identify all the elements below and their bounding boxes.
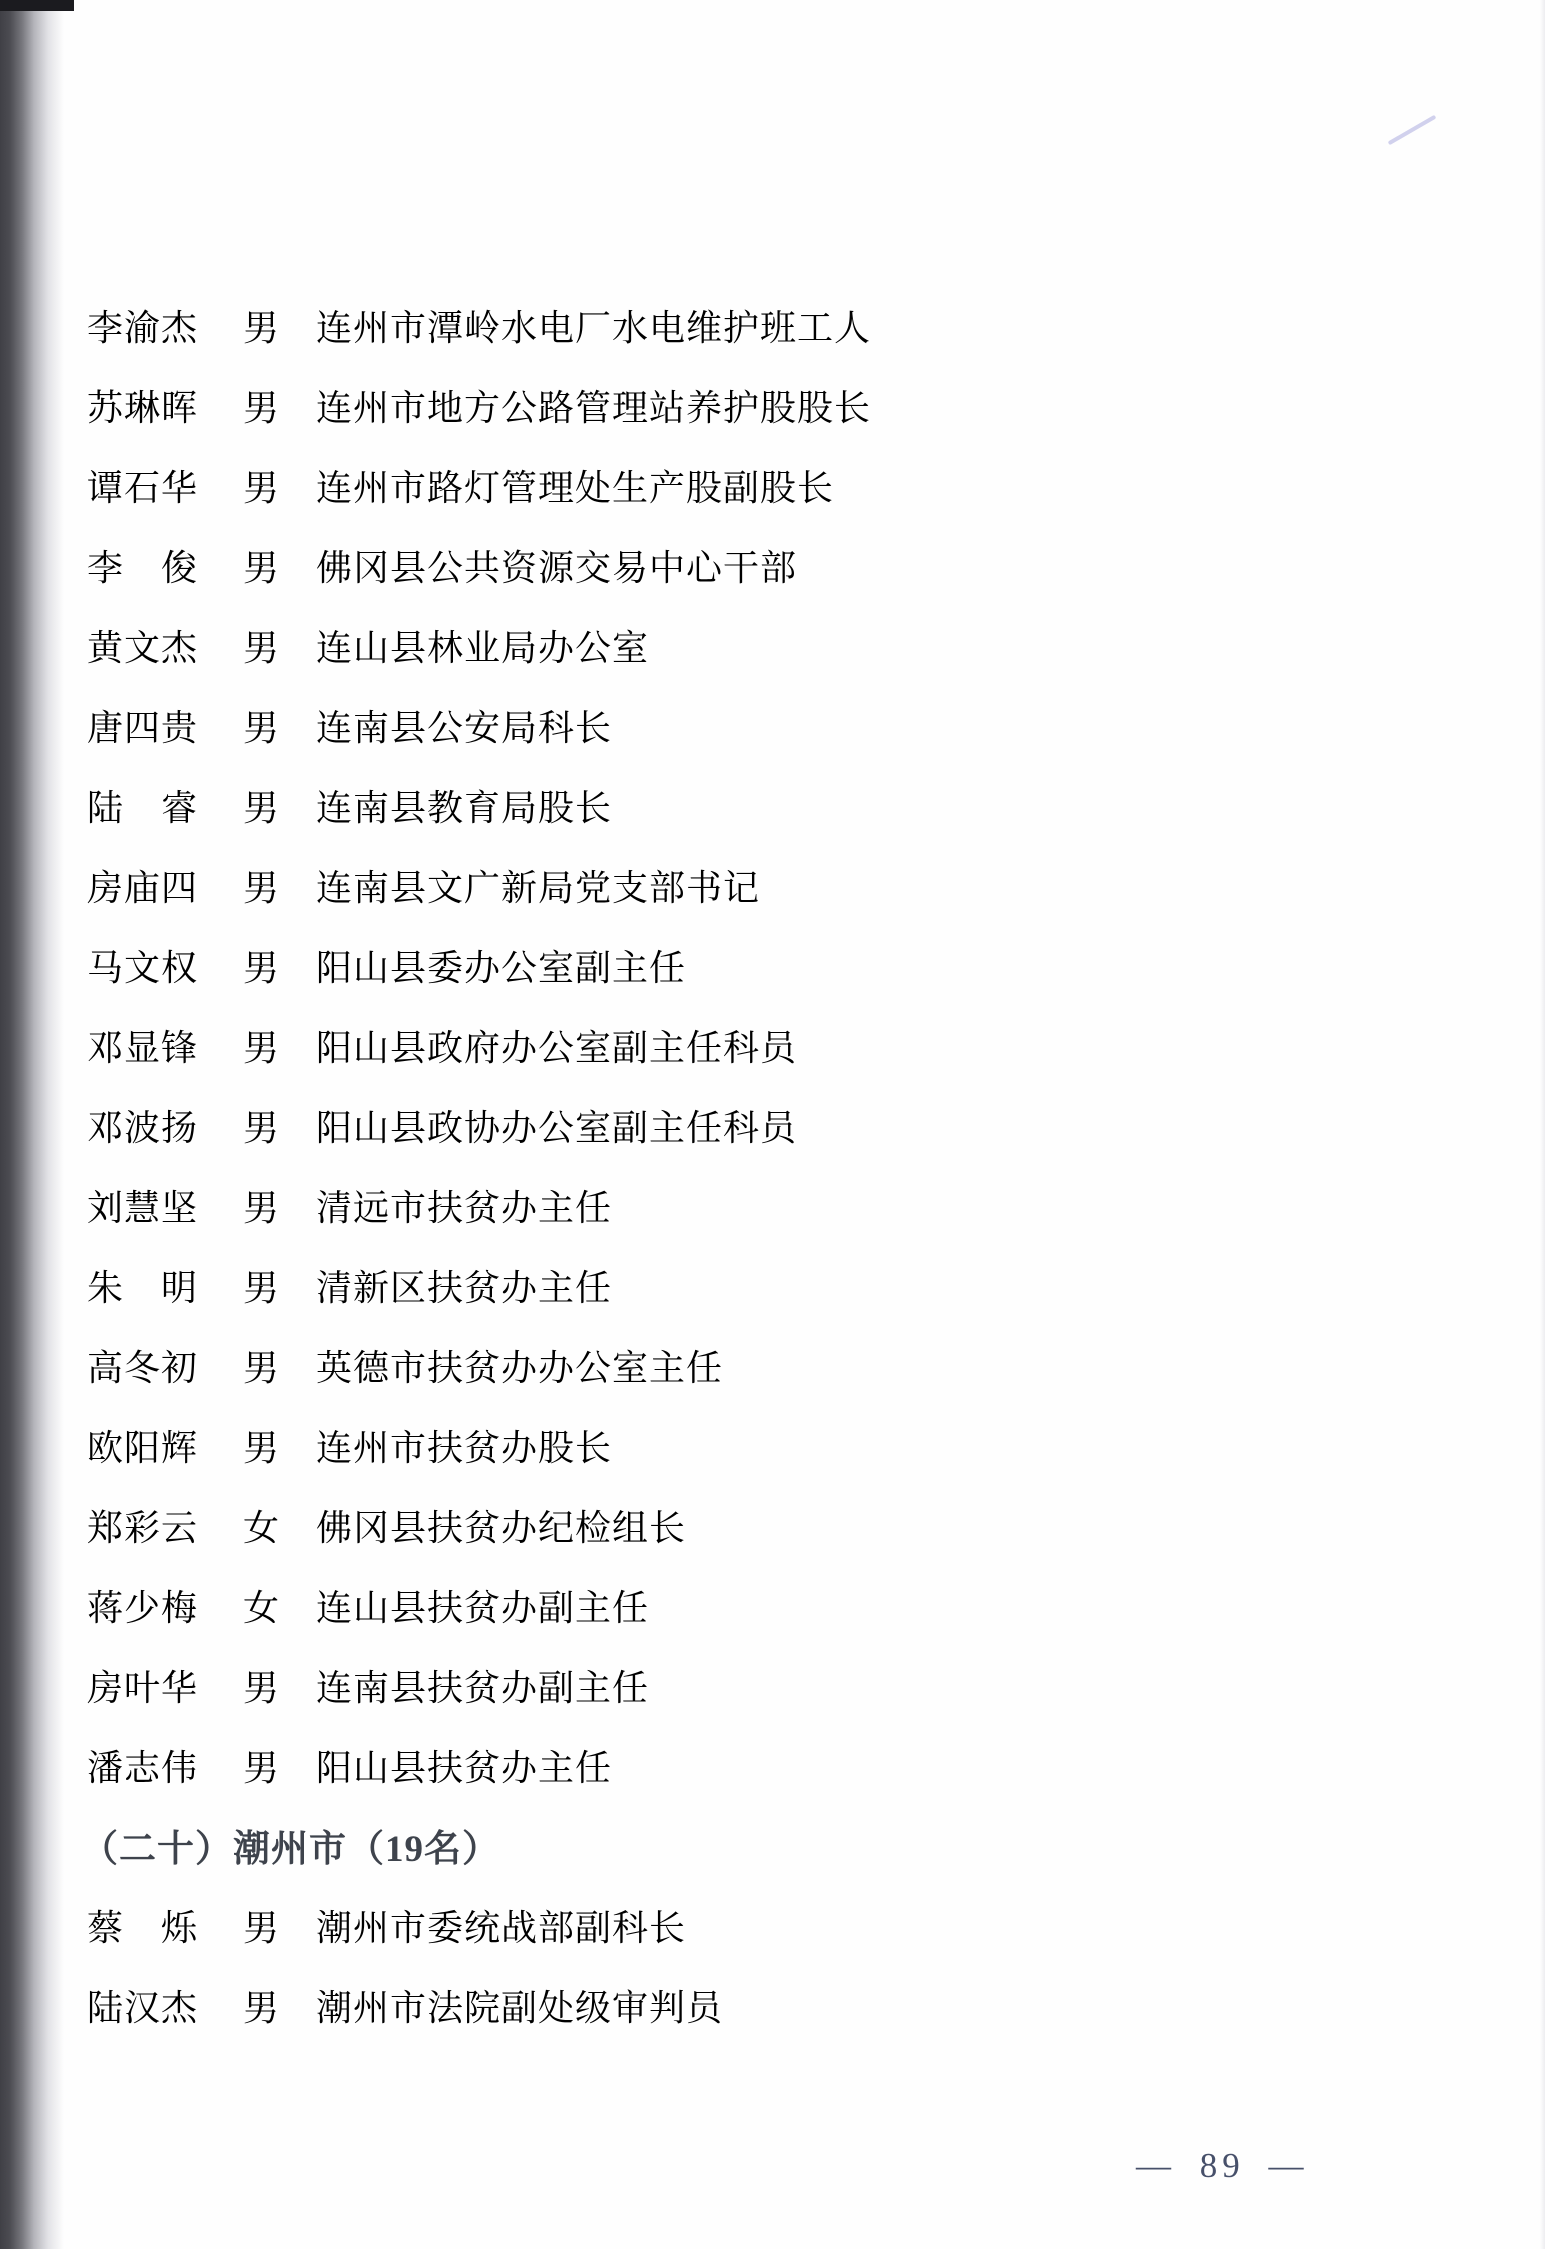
person-name: 刘慧坚 (87, 1180, 197, 1231)
scan-page-edge (1540, 0, 1545, 2249)
person-position: 潮州市委统战部副科长 (316, 1900, 686, 1951)
person-name: 邓显锋 (87, 1020, 197, 1071)
table-row: 朱 明 男 清新区扶贫办主任 (87, 1245, 1505, 1325)
person-gender: 男 (243, 1180, 283, 1231)
person-position: 连州市潭岭水电厂水电维护班工人 (316, 300, 871, 351)
person-name: 欧阳辉 (87, 1420, 197, 1471)
person-name: 朱 明 (87, 1260, 197, 1311)
person-name: 房庙四 (87, 860, 197, 911)
table-row: 潘志伟 男 阳山县扶贫办主任 (87, 1725, 1505, 1805)
person-gender: 男 (243, 940, 283, 991)
person-position: 清远市扶贫办主任 (316, 1180, 612, 1231)
table-row: 李渝杰 男 连州市潭岭水电厂水电维护班工人 (87, 285, 1505, 365)
table-row: 马文权 男 阳山县委办公室副主任 (87, 925, 1505, 1005)
person-name: 蔡 烁 (87, 1900, 197, 1951)
person-gender: 男 (243, 1980, 283, 2031)
person-position: 连南县扶贫办副主任 (316, 1660, 649, 1711)
table-row: 陆 睿 男 连南县教育局股长 (87, 765, 1505, 845)
person-gender: 男 (243, 300, 283, 351)
person-gender: 女 (243, 1580, 283, 1631)
person-position: 连山县林业局办公室 (316, 620, 649, 671)
person-gender: 男 (243, 1740, 283, 1791)
person-position: 连州市路灯管理处生产股副股长 (316, 460, 834, 511)
person-name: 陆汉杰 (87, 1980, 197, 2031)
person-position: 阳山县政协办公室副主任科员 (316, 1100, 797, 1151)
table-row: 谭石华 男 连州市路灯管理处生产股副股长 (87, 445, 1505, 525)
scan-binding-shadow (0, 0, 64, 2249)
person-position: 连南县文广新局党支部书记 (316, 860, 760, 911)
person-name: 谭石华 (87, 460, 197, 511)
table-row: 邓波扬 男 阳山县政协办公室副主任科员 (87, 1085, 1505, 1165)
person-name: 高冬初 (87, 1340, 197, 1391)
person-name: 黄文杰 (87, 620, 197, 671)
person-position: 佛冈县扶贫办纪检组长 (316, 1500, 686, 1551)
table-row: 高冬初 男 英德市扶贫办办公室主任 (87, 1325, 1505, 1405)
person-gender: 男 (243, 1900, 283, 1951)
person-position: 潮州市法院副处级审判员 (316, 1980, 723, 2031)
page-number: — 89 — (1136, 2146, 1309, 2186)
table-row: 邓显锋 男 阳山县政府办公室副主任科员 (87, 1005, 1505, 1085)
person-position: 连南县教育局股长 (316, 780, 612, 831)
table-row: 蒋少梅 女 连山县扶贫办副主任 (87, 1565, 1505, 1645)
table-row: 黄文杰 男 连山县林业局办公室 (87, 605, 1505, 685)
person-name: 潘志伟 (87, 1740, 197, 1791)
person-name: 苏琳晖 (87, 380, 197, 431)
person-gender: 男 (243, 380, 283, 431)
person-gender: 男 (243, 620, 283, 671)
section-header: （二十）潮州市（19名） (81, 1805, 1505, 1885)
person-gender: 男 (243, 1260, 283, 1311)
scan-corner-mark (0, 0, 74, 11)
person-name: 蒋少梅 (87, 1580, 197, 1631)
scan-scratch-artifact (1388, 115, 1437, 145)
person-name: 邓波扬 (87, 1100, 197, 1151)
person-gender: 男 (243, 460, 283, 511)
person-gender: 男 (243, 1660, 283, 1711)
person-position: 阳山县委办公室副主任 (316, 940, 686, 991)
person-gender: 男 (243, 700, 283, 751)
person-gender: 男 (243, 780, 283, 831)
table-row: 唐四贵 男 连南县公安局科长 (87, 685, 1505, 765)
person-gender: 男 (243, 540, 283, 591)
person-name: 郑彩云 (87, 1500, 197, 1551)
person-gender: 女 (243, 1500, 283, 1551)
table-row: 房庙四 男 连南县文广新局党支部书记 (87, 845, 1505, 925)
person-name: 李渝杰 (87, 300, 197, 351)
table-row: 房叶华 男 连南县扶贫办副主任 (87, 1645, 1505, 1725)
person-position: 连州市扶贫办股长 (316, 1420, 612, 1471)
person-name: 唐四贵 (87, 700, 197, 751)
table-row: 李 俊 男 佛冈县公共资源交易中心干部 (87, 525, 1505, 605)
person-gender: 男 (243, 1100, 283, 1151)
person-position: 连州市地方公路管理站养护股股长 (316, 380, 871, 431)
person-position: 英德市扶贫办办公室主任 (316, 1340, 723, 1391)
table-row: 陆汉杰 男 潮州市法院副处级审判员 (87, 1965, 1505, 2045)
person-position: 清新区扶贫办主任 (316, 1260, 612, 1311)
person-name: 李 俊 (87, 540, 197, 591)
person-gender: 男 (243, 1340, 283, 1391)
person-gender: 男 (243, 860, 283, 911)
table-row: 刘慧坚 男 清远市扶贫办主任 (87, 1165, 1505, 1245)
person-gender: 男 (243, 1420, 283, 1471)
table-row: 郑彩云 女 佛冈县扶贫办纪检组长 (87, 1485, 1505, 1565)
table-row: 苏琳晖 男 连州市地方公路管理站养护股股长 (87, 365, 1505, 445)
person-position: 连山县扶贫办副主任 (316, 1580, 649, 1631)
table-row: 蔡 烁 男 潮州市委统战部副科长 (87, 1885, 1505, 1965)
person-name: 马文权 (87, 940, 197, 991)
person-name: 陆 睿 (87, 780, 197, 831)
table-row: 欧阳辉 男 连州市扶贫办股长 (87, 1405, 1505, 1485)
roster-list: 李渝杰 男 连州市潭岭水电厂水电维护班工人 苏琳晖 男 连州市地方公路管理站养护… (87, 285, 1505, 2045)
person-position: 佛冈县公共资源交易中心干部 (316, 540, 797, 591)
person-position: 阳山县政府办公室副主任科员 (316, 1020, 797, 1071)
person-name: 房叶华 (87, 1660, 197, 1711)
person-gender: 男 (243, 1020, 283, 1071)
person-position: 连南县公安局科长 (316, 700, 612, 751)
person-position: 阳山县扶贫办主任 (316, 1740, 612, 1791)
